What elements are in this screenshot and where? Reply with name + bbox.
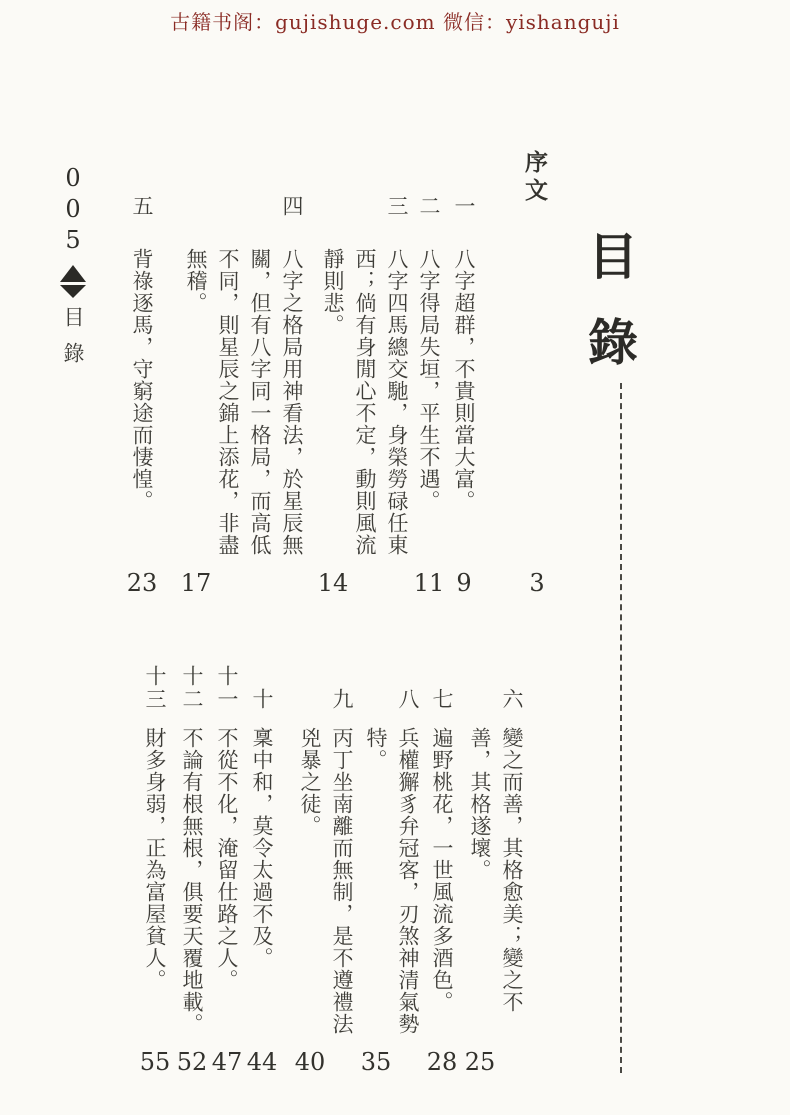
toc-entry: 十 稟中和，莫令太過不及。 44: [246, 727, 278, 1036]
entry-text: 八字之格局用神看法，於星辰無關，但有八字同一格局，而高低不同，則星辰之錦上添花，…: [180, 248, 308, 557]
entry-text: 兵權獬豸弁冠客，刃煞神清氣勢特。: [360, 727, 424, 1036]
entry-number: 三: [381, 195, 413, 218]
toc-entry: 十一 不從不化，淹留仕路之人。 47: [211, 727, 243, 1036]
entry-page-number: 17: [181, 569, 212, 597]
entry-text: 八字得局失垣，平生不遇。: [413, 248, 445, 557]
page-title: 目錄: [573, 230, 645, 402]
spine: 005 目錄: [56, 164, 90, 378]
entry-page-number: 52: [177, 1048, 208, 1076]
entry-text: 不論有根無根，俱要天覆地載。: [176, 727, 208, 1036]
entry-number: 五: [126, 195, 158, 218]
entry-number: 四: [276, 195, 308, 218]
watermark-header: 古籍书阁：gujishuge.com 微信：yishanguji: [0, 6, 790, 35]
entry-number: 九: [326, 688, 358, 711]
entry-text: 丙丁坐南離而無制，是不遵禮法兇暴之徒。: [294, 727, 358, 1036]
entry-number: 十: [246, 688, 278, 711]
entry-page-number: 35: [361, 1048, 392, 1076]
preface-entry: 序文 3: [521, 248, 553, 557]
entry-text: 稟中和，莫令太過不及。: [246, 727, 278, 1036]
entry-number: 十三: [139, 665, 171, 711]
toc-entry: 四 八字之格局用神看法，於星辰無關，但有八字同一格局，而高低不同，則星辰之錦上添…: [180, 248, 308, 557]
entry-page-number: 23: [127, 569, 158, 597]
entry-text: 財多身弱，正為富屋貧人。: [139, 727, 171, 1036]
diamond-icon: [60, 265, 86, 282]
entry-page-number: 44: [247, 1048, 278, 1076]
preface-label: 序文: [518, 150, 551, 206]
entry-number: 十二: [176, 665, 208, 711]
entry-page-number: 25: [465, 1048, 496, 1076]
entry-number: 十一: [211, 665, 243, 711]
entry-page-number: 11: [414, 569, 445, 597]
entry-page-number: 9: [456, 569, 471, 597]
entry-page-number: 3: [529, 569, 544, 597]
entry-text: 背祿逐馬，守窮途而悽惶。: [126, 248, 158, 557]
entry-text: 八字超群，不貴則當大富。: [448, 248, 480, 557]
toc-entry: 六 變之而善，其格愈美；變之不善，其格遂壞。 25: [464, 727, 528, 1036]
entry-page-number: 28: [427, 1048, 458, 1076]
toc-entry: 五 背祿逐馬，守窮途而悽惶。 23: [126, 248, 158, 557]
entry-text: 變之而善，其格愈美；變之不善，其格遂壞。: [464, 727, 528, 1036]
entry-page-number: 47: [212, 1048, 243, 1076]
toc-entry: 十二 不論有根無根，俱要天覆地載。 52: [176, 727, 208, 1036]
spine-label: 目錄: [56, 306, 90, 378]
toc-entry: 二 八字得局失垣，平生不遇。 11: [413, 248, 445, 557]
dashed-divider: [620, 383, 622, 1073]
entry-number: 六: [496, 688, 528, 711]
toc-entry: 一 八字超群，不貴則當大富。 9: [448, 248, 480, 557]
toc-entry: 九 丙丁坐南離而無制，是不遵禮法兇暴之徒。 40: [294, 727, 358, 1036]
entry-number: 二: [413, 195, 445, 218]
entry-text: 遍野桃花，一世風流多酒色。: [426, 727, 458, 1036]
toc-entry: 七 遍野桃花，一世風流多酒色。 28: [426, 727, 458, 1036]
diamond-icon: [60, 285, 86, 298]
spine-page-number: 005: [58, 164, 88, 257]
entry-number: 七: [426, 688, 458, 711]
toc-entry: 三 八字四馬總交馳，身榮勞碌任東西；倘有身閒心不定，動則風流靜則悲。 14: [317, 248, 413, 557]
entry-number: 一: [448, 195, 480, 218]
entry-page-number: 55: [140, 1048, 171, 1076]
entry-text: 八字四馬總交馳，身榮勞碌任東西；倘有身閒心不定，動則風流靜則悲。: [317, 248, 413, 557]
entry-page-number: 40: [295, 1048, 326, 1076]
entry-number: 八: [392, 688, 424, 711]
entry-text: 不從不化，淹留仕路之人。: [211, 727, 243, 1036]
toc-entry: 八 兵權獬豸弁冠客，刃煞神清氣勢特。 35: [360, 727, 424, 1036]
entry-text: [521, 248, 553, 557]
entry-page-number: 14: [318, 569, 349, 597]
toc-entry: 十三 財多身弱，正為富屋貧人。 55: [139, 727, 171, 1036]
